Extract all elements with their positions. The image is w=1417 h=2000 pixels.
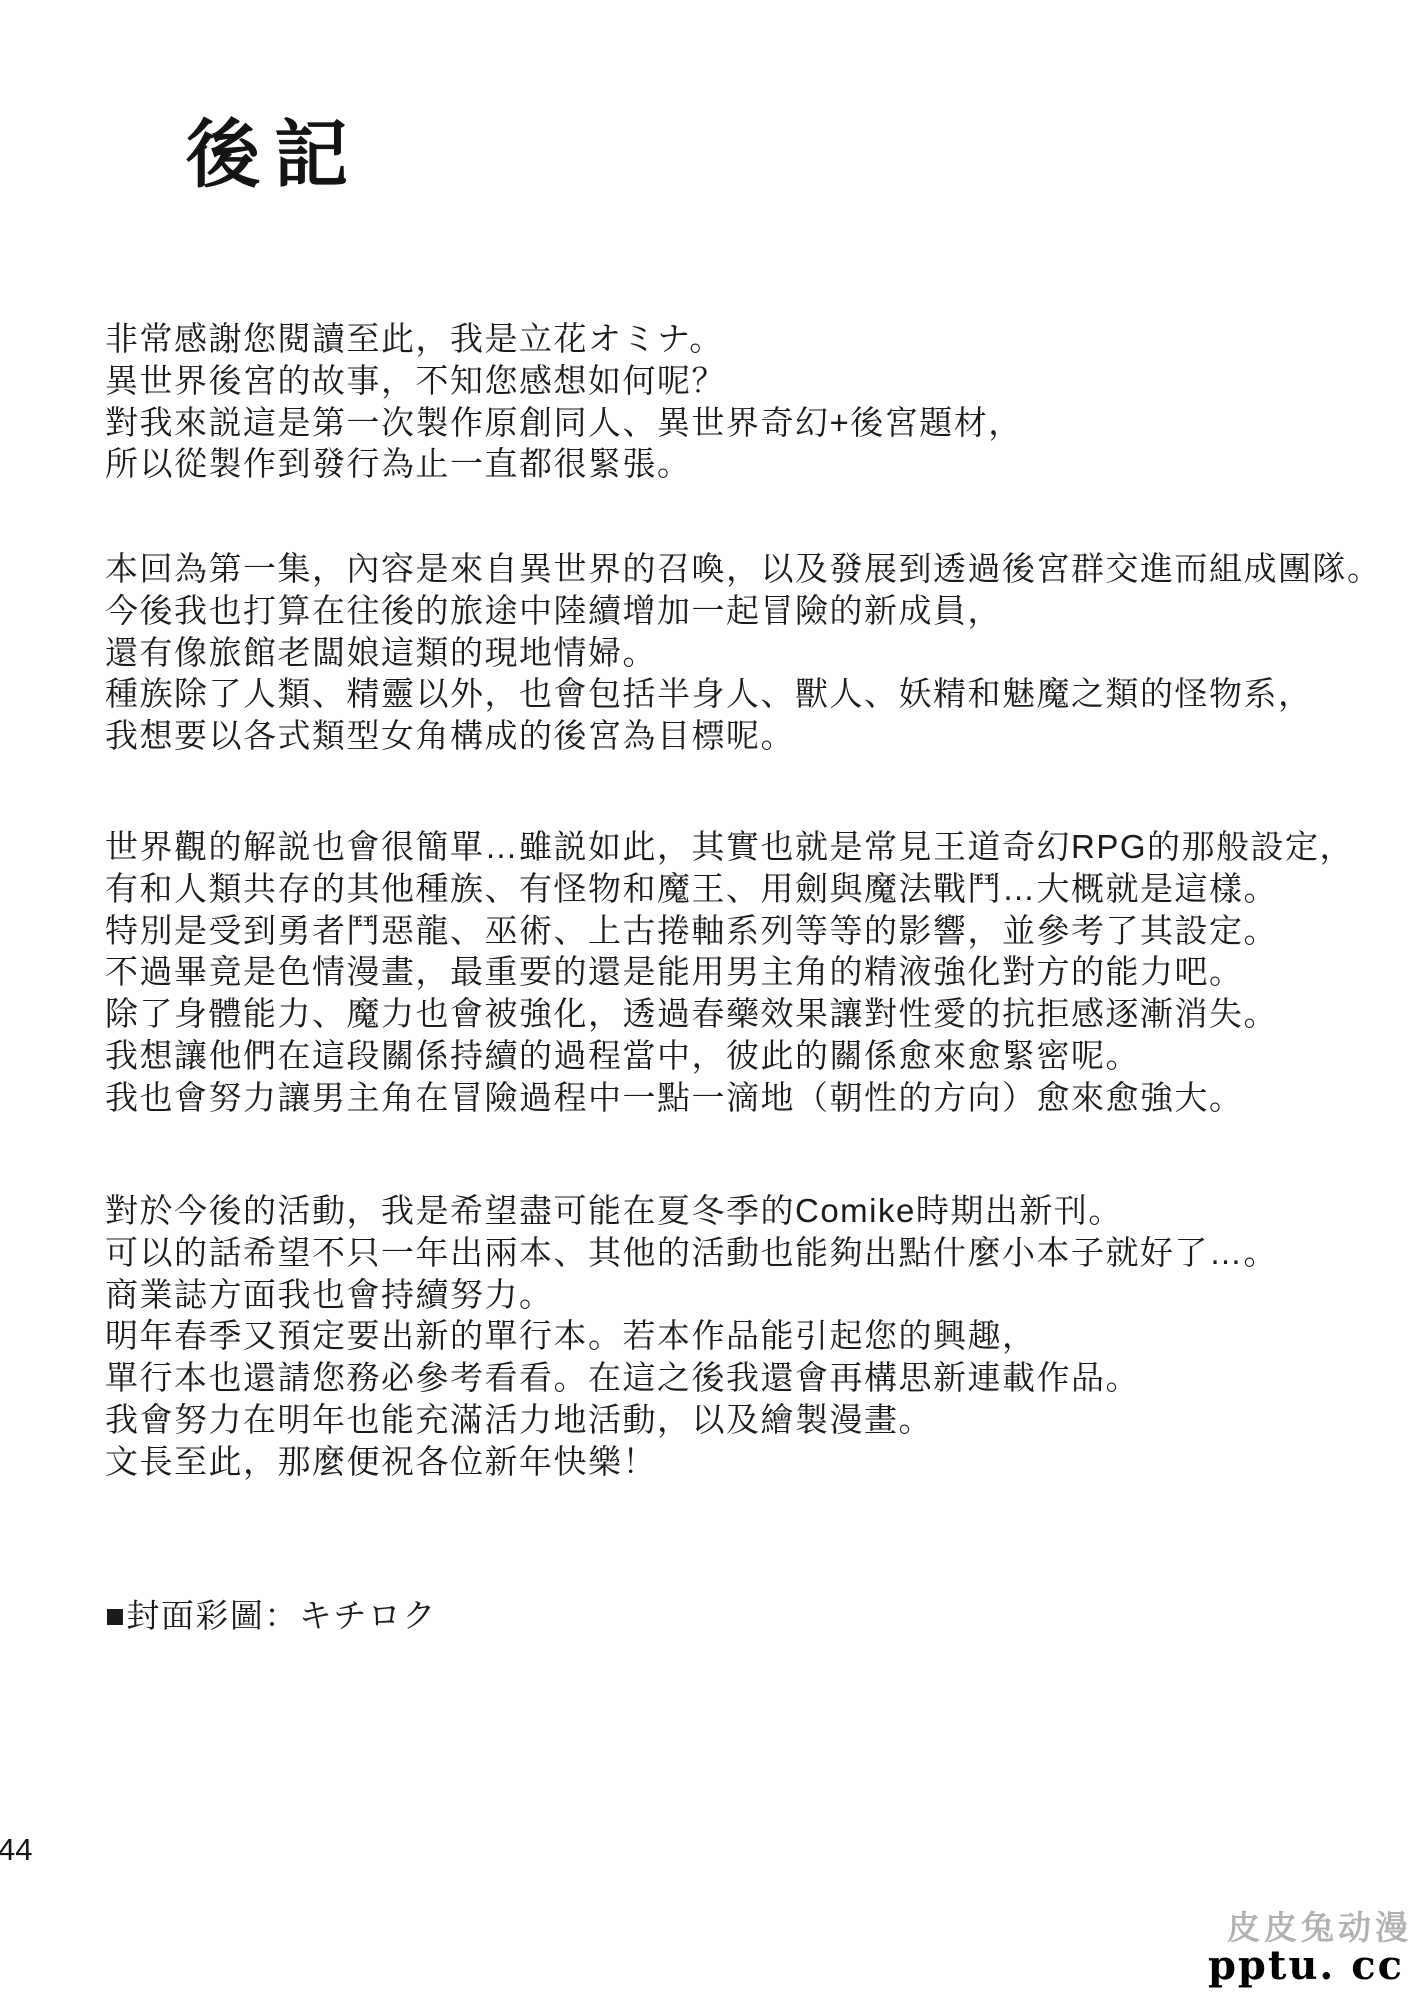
paragraph-future-plans: 對於今後的活動，我是希望盡可能在夏冬季的Comike時期出新刊。 可以的話希望不… — [105, 1190, 1278, 1483]
text-line: 種族除了人類、精靈以外，也會包括半身人、獸人、妖精和魅魔之類的怪物系， — [105, 673, 1382, 715]
page-number: 44 — [0, 1832, 32, 1868]
text-line: 所以從製作到發行為止一直都很緊張。 — [105, 443, 1023, 485]
text-line: 我想讓他們在這段關係持續的過程當中，彼此的關係愈來愈緊密呢。 — [105, 1035, 1354, 1077]
text-line: 有和人類共存的其他種族、有怪物和魔王、用劍與魔法戰鬥…大概就是這樣。 — [105, 868, 1354, 910]
text-line: 本回為第一集，內容是來自異世界的召喚，以及發展到透過後宮群交進而組成團隊。 — [105, 548, 1382, 590]
afterword-page: 後記 非常感謝您閱讀至此，我是立花オミナ。 異世界後宮的故事，不知您感想如何呢？… — [0, 0, 1417, 2000]
text-line: 除了身體能力、魔力也會被強化，透過春藥效果讓對性愛的抗拒感逐漸消失。 — [105, 993, 1354, 1035]
text-line: 對於今後的活動，我是希望盡可能在夏冬季的Comike時期出新刊。 — [105, 1190, 1278, 1232]
watermark-site-name: 皮皮兔动漫 — [1208, 1910, 1412, 1946]
text-line: 我想要以各式類型女角構成的後宮為目標呢。 — [105, 715, 1382, 757]
text-line: 商業誌方面我也會持續努力。 — [105, 1274, 1278, 1316]
paragraph-volume-content: 本回為第一集，內容是來自異世界的召喚，以及發展到透過後宮群交進而組成團隊。 今後… — [105, 548, 1382, 757]
text-line: 單行本也還請您務必參考看看。在這之後我還會再構思新連載作品。 — [105, 1357, 1278, 1399]
watermark-site-url: pptu. cc — [1208, 1946, 1412, 1986]
text-line: 我會努力在明年也能充滿活力地活動，以及繪製漫畫。 — [105, 1399, 1278, 1441]
text-line: 還有像旅館老闆娘這類的現地情婦。 — [105, 632, 1382, 674]
cover-art-credit: ■封面彩圖：キチロク — [105, 1590, 437, 1637]
page-title: 後記 — [186, 96, 362, 202]
text-line: 對我來説這是第一次製作原創同人、異世界奇幻+後宮題材， — [105, 402, 1023, 444]
text-line: 今後我也打算在往後的旅途中陸續增加一起冒險的新成員， — [105, 590, 1382, 632]
text-line: 非常感謝您閱讀至此，我是立花オミナ。 — [105, 318, 1023, 360]
paragraph-world-setting: 世界觀的解説也會很簡單…雖説如此，其實也就是常見王道奇幻RPG的那般設定， 有和… — [105, 826, 1354, 1119]
text-line: 世界觀的解説也會很簡單…雖説如此，其實也就是常見王道奇幻RPG的那般設定， — [105, 826, 1354, 868]
text-line: 我也會努力讓男主角在冒險過程中一點一滴地（朝性的方向）愈來愈強大。 — [105, 1077, 1354, 1119]
text-line: 文長至此，那麼便祝各位新年快樂！ — [105, 1441, 1278, 1483]
paragraph-greeting: 非常感謝您閱讀至此，我是立花オミナ。 異世界後宮的故事，不知您感想如何呢？ 對我… — [105, 318, 1023, 485]
text-line: 不過畢竟是色情漫畫，最重要的還是能用男主角的精液強化對方的能力吧。 — [105, 951, 1354, 993]
text-line: 明年春季又預定要出新的單行本。若本作品能引起您的興趣， — [105, 1315, 1278, 1357]
text-line: 異世界後宮的故事，不知您感想如何呢？ — [105, 360, 1023, 402]
text-line: 特別是受到勇者鬥惡龍、巫術、上古捲軸系列等等的影響，並參考了其設定。 — [105, 910, 1354, 952]
scanlation-watermark: 皮皮兔动漫 pptu. cc — [1208, 1910, 1412, 1986]
text-line: 可以的話希望不只一年出兩本、其他的活動也能夠出點什麼小本子就好了…。 — [105, 1232, 1278, 1274]
